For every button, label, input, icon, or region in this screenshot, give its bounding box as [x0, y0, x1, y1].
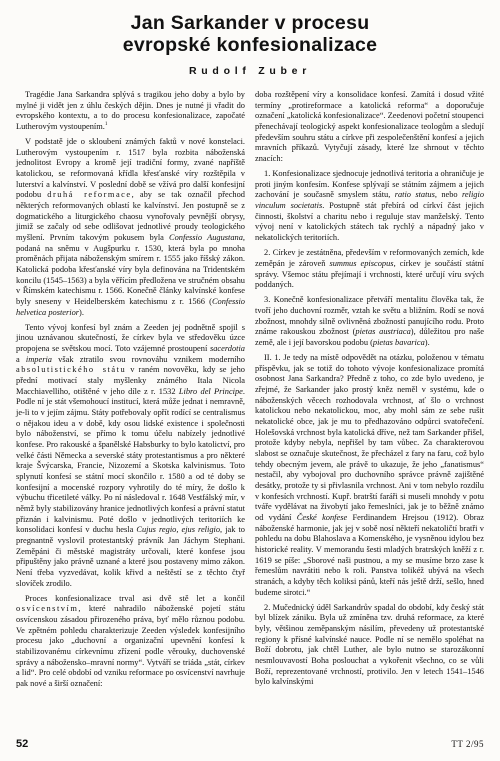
text-segment: sacerdotia [210, 344, 245, 353]
text-segment: , nebo [435, 190, 462, 199]
text-segment: a [16, 355, 26, 364]
text-segment: pietas austriaca [355, 327, 410, 336]
text-segment: , jak to pregnantně vyslovil protestants… [16, 525, 245, 587]
text-segment: . Podle ní je stát všemohoucí institucí,… [16, 387, 245, 535]
article-page: Jan Sarkander v procesu evropské konfesi… [0, 0, 500, 761]
paragraph: 2. Církev je zestátněna, především v ref… [255, 248, 484, 291]
article-author: Rudolf Zuber [0, 65, 500, 77]
text-segment: Ferdinandem Hrejsou (1912). Obraz nábože… [255, 513, 484, 597]
text-segment: , které nahradilo náboženské pojetí stát… [16, 604, 245, 688]
journal-ref: TT 2/95 [451, 739, 484, 749]
text-segment: však ztratilo svou rovnováhu vznikem mod… [52, 355, 245, 364]
text-segment: druhá reformace [47, 190, 131, 199]
paragraph: Tento vývoj konfesí byl znám a Zeeden je… [16, 323, 245, 589]
text-segment: II. 1. Je tedy na místě odpovědět na otá… [255, 353, 484, 522]
text-segment: summus episcopus [329, 259, 393, 268]
title-line-1: Jan Sarkander v procesu [131, 12, 370, 34]
text-segment: osvícenstvím [16, 604, 78, 613]
title-line-2: evropské konfesionalizace [123, 34, 378, 56]
article-title: Jan Sarkander v procesu evropské konfesi… [0, 12, 500, 56]
paragraph: Proces konfesionalizace trval asi dvě st… [16, 594, 245, 690]
paragraph: V podstatě jde o skloubení známých faktů… [16, 137, 245, 318]
footnote-marker: 1 [105, 121, 108, 127]
paragraph: 2. Mučednický úděl Sarkandrův spadal do … [255, 603, 484, 688]
text-segment: Confessio Augustana [169, 233, 243, 242]
article-body: Tragédie Jana Sarkandra splývá s tragiko… [0, 77, 500, 690]
text-segment: absolutistického státu [16, 365, 126, 374]
text-segment: , podaná na sněmu v Augšpurku r. 1530, k… [16, 233, 245, 306]
page-footer: 52 TT 2/95 [0, 738, 500, 750]
text-segment: Tragédie Jana Sarkandra splývá s tragiko… [16, 90, 245, 131]
text-segment: ratio status [395, 190, 435, 199]
page-number: 52 [16, 738, 28, 750]
article-header: Jan Sarkander v procesu evropské konfesi… [0, 0, 500, 77]
paragraph: 1. Konfesionalizace sjednocuje jednotliv… [255, 169, 484, 244]
text-segment: ). [425, 338, 430, 347]
text-segment: České konfese [297, 513, 347, 522]
text-segment: Proces konfesionalizace trval asi dvě st… [25, 594, 245, 603]
left-column: Tragédie Jana Sarkandra splývá s tragiko… [16, 90, 245, 690]
text-segment: imperia [26, 355, 52, 364]
text-segment: doba rozštěpení víry a konsolidace konfe… [255, 90, 484, 163]
paragraph: II. 1. Je tedy na místě odpovědět na otá… [255, 353, 484, 598]
right-column: doba rozštěpení víry a konsolidace konfe… [255, 90, 484, 690]
text-segment: Libro del Principe [179, 387, 243, 396]
paragraph: Tragédie Jana Sarkandra splývá s tragiko… [16, 90, 245, 133]
paragraph: doba rozštěpení víry a konsolidace konfe… [255, 90, 484, 165]
text-segment: Cujus regio, ejus religio [136, 525, 220, 534]
text-segment: pietas bavarica [373, 338, 425, 347]
text-segment: ). [79, 308, 84, 317]
paragraph: 3. Konečně konfesionalizace přetváří men… [255, 295, 484, 348]
text-segment: 2. Mučednický úděl Sarkandrův spadal do … [255, 603, 484, 687]
